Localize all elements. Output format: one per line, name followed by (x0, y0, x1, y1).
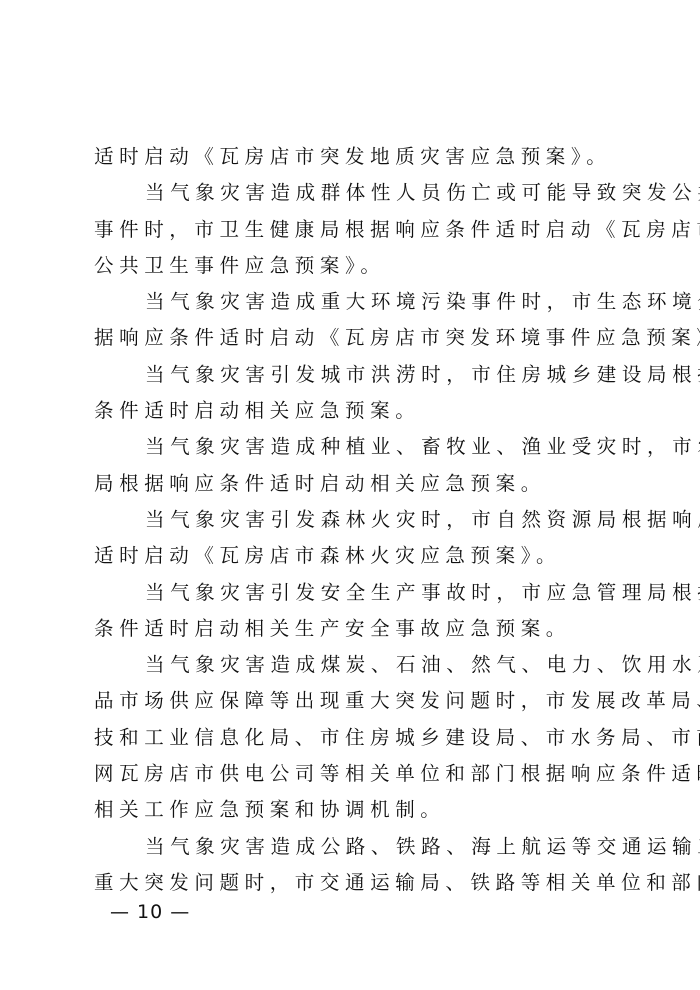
text-line: 当气象灾害引发森林火灾时，市自然资源局根据响应条件 (94, 502, 614, 538)
document-body: 适时启动《瓦房店市突发地质灾害应急预案》。 当气象灾害造成群体性人员伤亡或可能导… (94, 139, 614, 901)
text-line: 当气象灾害造成种植业、畜牧业、渔业受灾时，市农业农村 (94, 429, 614, 465)
paragraph-1: 当气象灾害造成群体性人员伤亡或可能导致突发公共卫生 事件时，市卫生健康局根据响应… (94, 175, 614, 284)
text-line: 当气象灾害造成群体性人员伤亡或可能导致突发公共卫生 (94, 175, 614, 211)
text-line: 当气象灾害造成煤炭、石油、然气、电力、饮用水及生活必需 (94, 647, 614, 683)
paragraph-7: 当气象灾害造成煤炭、石油、然气、电力、饮用水及生活必需 品市场供应保障等出现重大… (94, 647, 614, 828)
paragraph-4: 当气象灾害造成种植业、畜牧业、渔业受灾时，市农业农村 局根据响应条件适时启动相关… (94, 429, 614, 502)
text-line: 事件时，市卫生健康局根据响应条件适时启动《瓦房店市突发 (94, 212, 614, 248)
text-line: 当气象灾害引发城市洪涝时，市住房城乡建设局根据响应 (94, 357, 614, 393)
paragraph-6: 当气象灾害引发安全生产事故时，市应急管理局根据响应 条件适时启动相关生产安全事故… (94, 575, 614, 648)
text-line: 条件适时启动相关生产安全事故应急预案。 (94, 611, 614, 647)
paragraph-2: 当气象灾害造成重大环境污染事件时，市生态环境分局根 据响应条件适时启动《瓦房店市… (94, 284, 614, 357)
text-line: 条件适时启动相关应急预案。 (94, 393, 614, 429)
text-line: 适时启动《瓦房店市森林火灾应急预案》。 (94, 538, 614, 574)
text-line: 当气象灾害引发安全生产事故时，市应急管理局根据响应 (94, 575, 614, 611)
paragraph-0: 适时启动《瓦房店市突发地质灾害应急预案》。 (94, 139, 614, 175)
paragraph-3: 当气象灾害引发城市洪涝时，市住房城乡建设局根据响应 条件适时启动相关应急预案。 (94, 357, 614, 430)
text-line: 当气象灾害造成公路、铁路、海上航运等交通运输工作出现 (94, 829, 614, 865)
paragraph-8: 当气象灾害造成公路、铁路、海上航运等交通运输工作出现 重大突发问题时，市交通运输… (94, 829, 614, 902)
text-line: 相关工作应急预案和协调机制。 (94, 792, 614, 828)
paragraph-5: 当气象灾害引发森林火灾时，市自然资源局根据响应条件 适时启动《瓦房店市森林火灾应… (94, 502, 614, 575)
text-line: 局根据响应条件适时启动相关应急预案。 (94, 466, 614, 502)
text-line: 公共卫生事件应急预案》。 (94, 248, 614, 284)
text-line: 重大突发问题时，市交通运输局、铁路等相关单位和部门根据 (94, 865, 614, 901)
text-line: 当气象灾害造成重大环境污染事件时，市生态环境分局根 (94, 284, 614, 320)
text-line: 适时启动《瓦房店市突发地质灾害应急预案》。 (94, 139, 614, 175)
text-line: 技和工业信息化局、市住房城乡建设局、市水务局、市商务局、国 (94, 720, 614, 756)
text-line: 据响应条件适时启动《瓦房店市突发环境事件应急预案》。 (94, 320, 614, 356)
text-line: 品市场供应保障等出现重大突发问题时，市发展改革局、市科 (94, 683, 614, 719)
page-number: — 10 — (110, 901, 190, 923)
text-line: 网瓦房店市供电公司等相关单位和部门根据响应条件适时启动 (94, 756, 614, 792)
